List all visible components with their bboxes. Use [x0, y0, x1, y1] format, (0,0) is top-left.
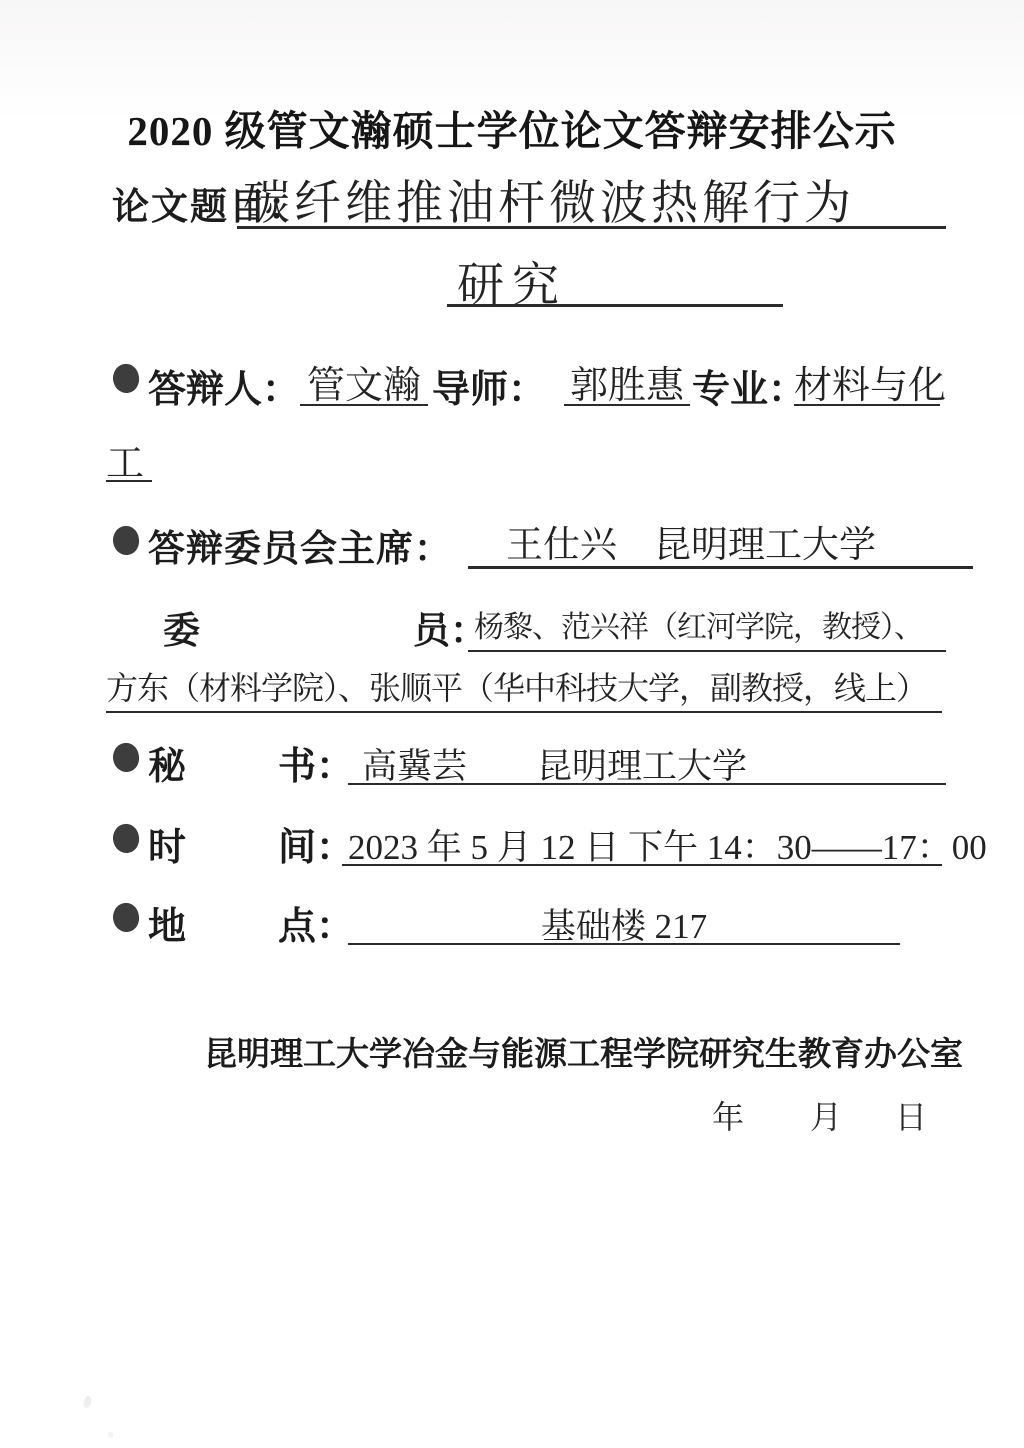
- bullet-icon: [111, 822, 142, 855]
- location-label-char1: 地: [148, 895, 186, 950]
- issuing-office: 昆明理工大学冶金与能源工程学院研究生教育办公室: [204, 1028, 963, 1075]
- committee-member-label-char1: 委: [163, 600, 200, 654]
- scanned-document-page: 2020 级管文瀚硕士学位论文答辩安排公示 论文题目： 碳纤维推油杆微波热解行为…: [0, 0, 1024, 1448]
- scan-speck-artifact: [82, 1395, 92, 1409]
- defender-label: 答辩人：: [148, 358, 300, 413]
- major-label: 专业：: [692, 358, 806, 413]
- scan-speck-artifact: [108, 1432, 113, 1438]
- bullet-icon: [111, 362, 142, 395]
- date-blank-year: 年: [712, 1092, 744, 1138]
- secretary-label-char1: 秘: [148, 735, 186, 790]
- committee-chair-label: 答辩委员会主席：: [148, 518, 452, 572]
- major-value-line1: 材料与化: [794, 354, 940, 406]
- bullet-icon: [111, 901, 142, 934]
- defender-name: 管文瀚: [300, 354, 428, 406]
- committee-chair-value: 王仕兴 昆明理工大学: [468, 514, 973, 569]
- time-value: 2023 年 5 月 12 日 下午 14：30——17：00: [342, 820, 942, 866]
- date-blank-month: 月: [810, 1092, 842, 1138]
- secretary-label-char2: 书：: [278, 735, 354, 790]
- thesis-title-line1: 碳纤维推油杆微波热解行为: [237, 166, 946, 229]
- advisor-name: 郭胜惠: [564, 354, 690, 406]
- page-title: 2020 级管文瀚硕士学位论文答辩安排公示: [0, 98, 1024, 157]
- committee-members-line2: 方东（材料学院）、张顺平（华中科技大学，副教授，线上）: [106, 663, 942, 713]
- location-label-char2: 点：: [278, 895, 354, 950]
- thesis-title-line2: 研究: [447, 248, 783, 307]
- major-value-line2: 工: [106, 432, 152, 482]
- bullet-icon: [111, 524, 142, 557]
- date-blank-day: 日: [895, 1092, 927, 1138]
- bullet-icon: [111, 741, 142, 774]
- secretary-value: 高冀芸 昆明理工大学: [348, 739, 946, 785]
- time-label-char1: 时: [148, 816, 186, 871]
- advisor-label: 导师：: [432, 358, 546, 413]
- location-value: 基础楼 217: [348, 899, 900, 945]
- committee-members-line1: 杨黎、范兴祥（红河学院，教授）、: [468, 602, 946, 652]
